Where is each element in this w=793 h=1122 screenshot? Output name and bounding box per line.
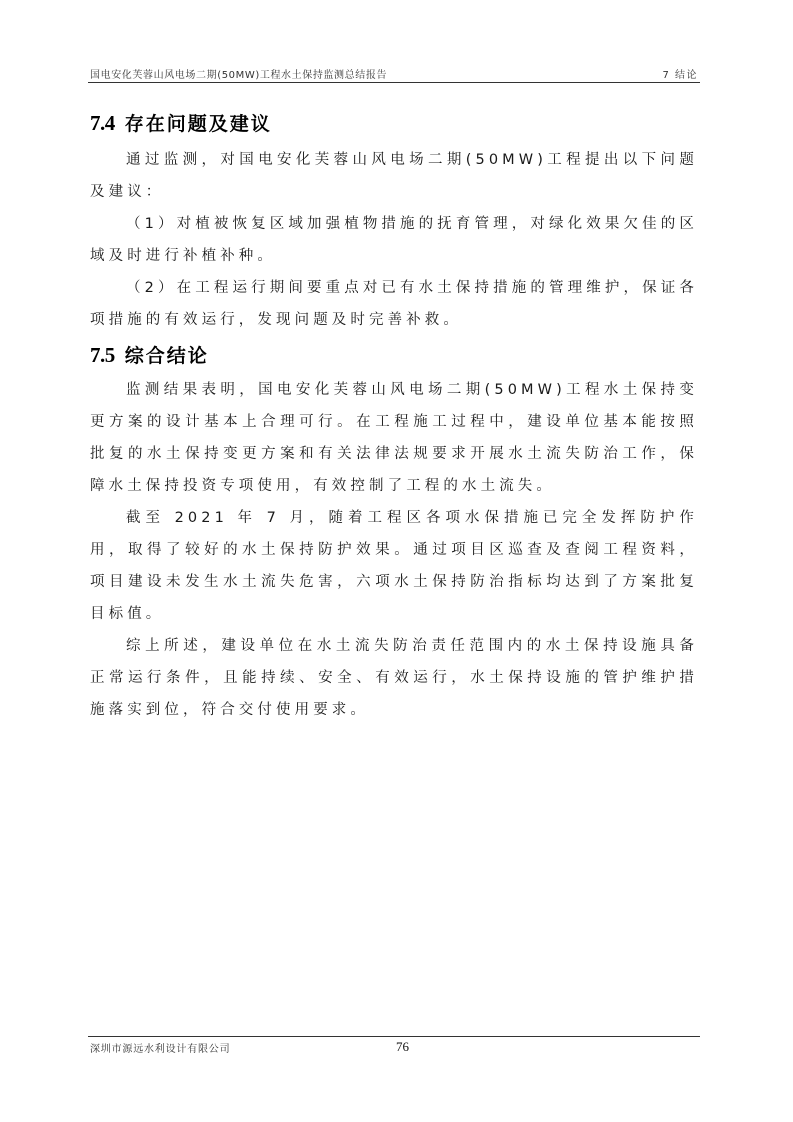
section-heading-7-5: 7.5综合结论 xyxy=(90,336,698,374)
footer-company: 深圳市源远水利设计有限公司 xyxy=(90,1040,230,1055)
page-number: 76 xyxy=(396,1039,409,1055)
paragraph: 通过监测，对国电安化芙蓉山风电场二期(50MW)工程提出以下问题及建议： xyxy=(90,144,698,208)
paragraph: 截至 2021 年 7 月，随着工程区各项水保措施已完全发挥防护作用，取得了较好… xyxy=(90,502,698,630)
section-body-7-4: 通过监测，对国电安化芙蓉山风电场二期(50MW)工程提出以下问题及建议： （1）… xyxy=(90,144,698,336)
section-number: 7.5 xyxy=(90,343,115,367)
header-chapter: 7 结论 xyxy=(662,66,698,81)
paragraph: 综上所述，建设单位在水土流失防治责任范围内的水土保持设施具备正常运行条件，且能持… xyxy=(90,630,698,726)
paragraph: （2）在工程运行期间要重点对已有水土保持措施的管理维护，保证各项措施的有效运行，… xyxy=(90,272,698,336)
section-title: 存在问题及建议 xyxy=(125,113,272,135)
paragraph: 监测结果表明，国电安化芙蓉山风电场二期(50MW)工程水土保持变更方案的设计基本… xyxy=(90,374,698,502)
paragraph: （1）对植被恢复区域加强植物措施的抚育管理，对绿化效果欠佳的区域及时进行补植补种… xyxy=(90,208,698,272)
page-header: 国电安化芙蓉山风电场二期(50MW)工程水土保持监测总结报告 7 结论 xyxy=(88,64,700,83)
section-title: 综合结论 xyxy=(125,345,209,367)
header-document-title: 国电安化芙蓉山风电场二期(50MW)工程水土保持监测总结报告 xyxy=(90,66,387,81)
section-body-7-5: 监测结果表明，国电安化芙蓉山风电场二期(50MW)工程水土保持变更方案的设计基本… xyxy=(90,374,698,726)
section-heading-7-4: 7.4存在问题及建议 xyxy=(90,104,698,142)
page-footer: 深圳市源远水利设计有限公司 76 xyxy=(88,1036,700,1057)
page-content: 7.4存在问题及建议 通过监测，对国电安化芙蓉山风电场二期(50MW)工程提出以… xyxy=(90,104,698,726)
section-number: 7.4 xyxy=(90,111,115,135)
